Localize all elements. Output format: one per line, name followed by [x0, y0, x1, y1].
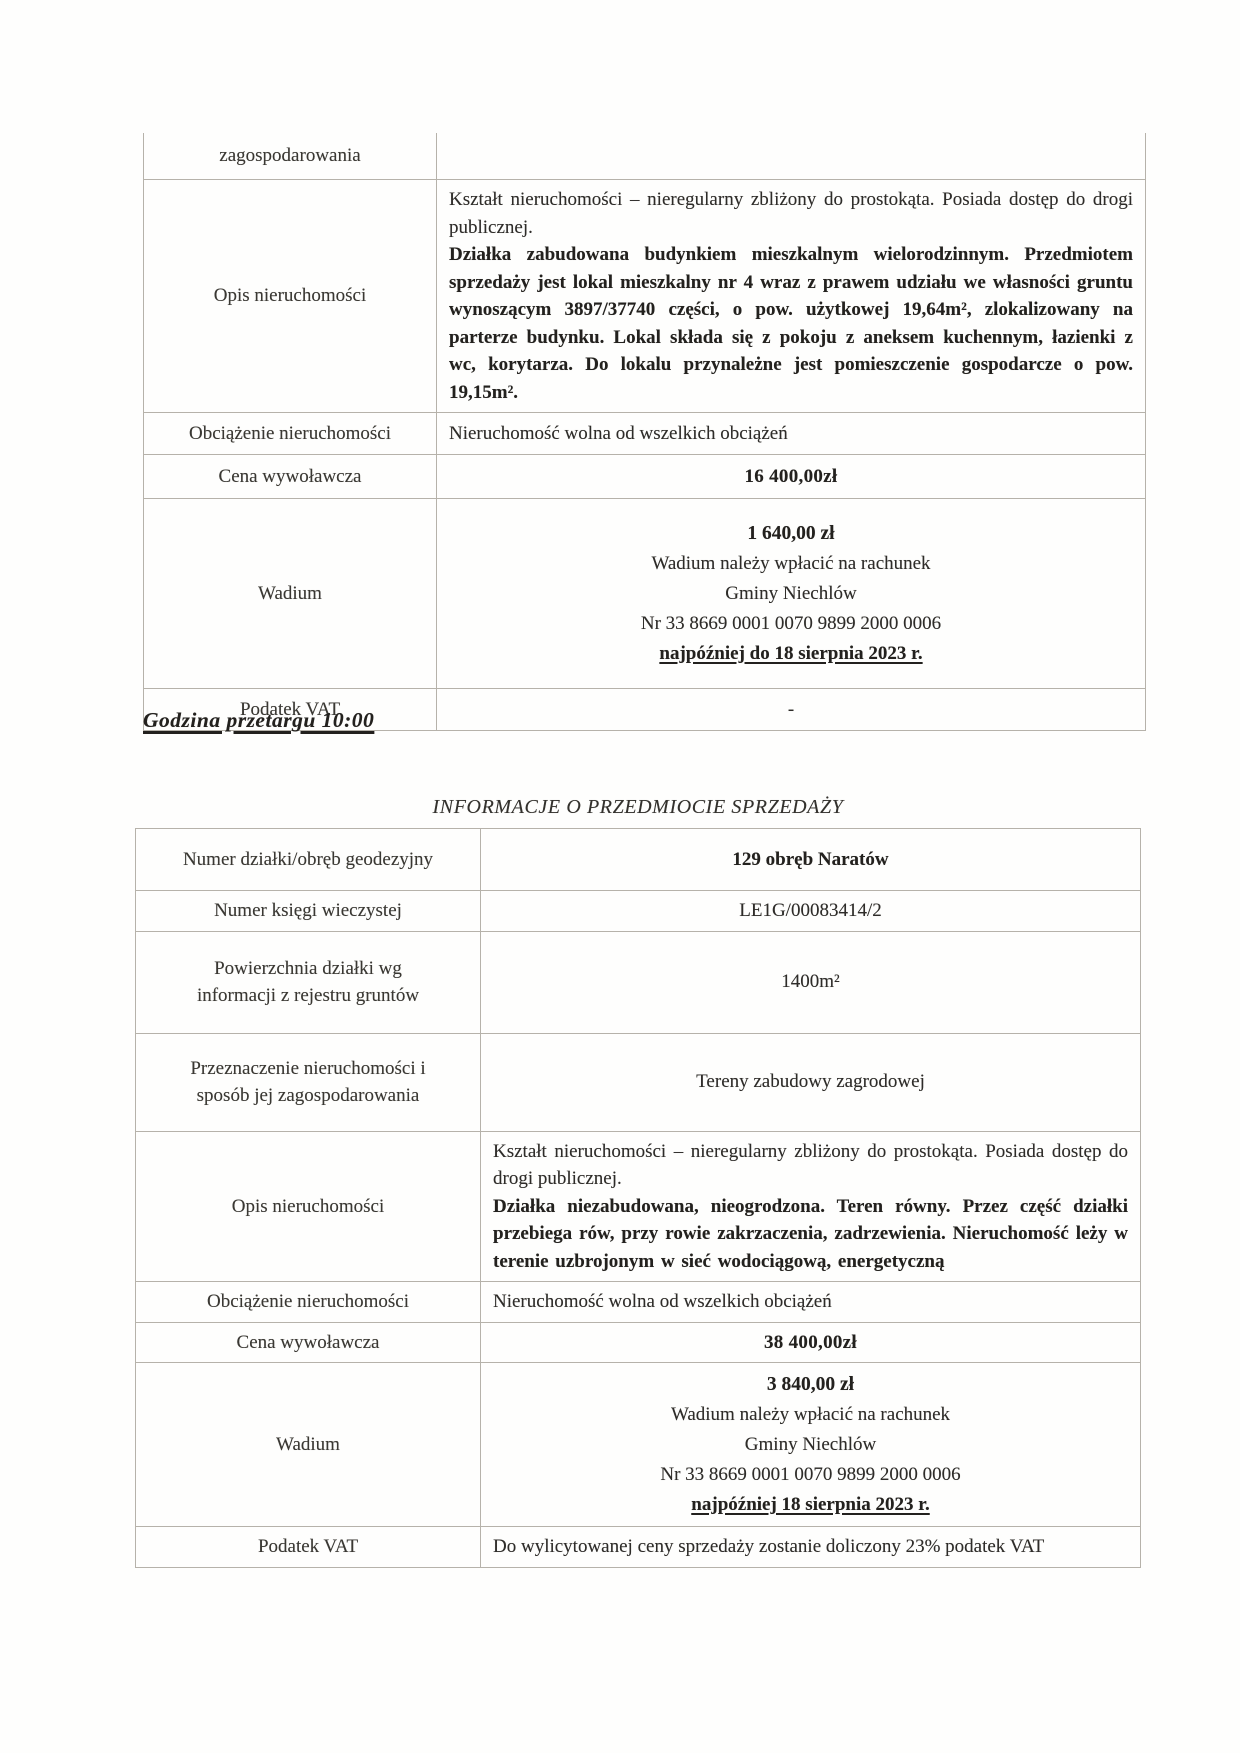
numer-dzialki-value: 129 obręb Naratów	[481, 829, 1141, 891]
table-row-obciazenie: Obciążenie nieruchomości Nieruchomość wo…	[136, 1282, 1141, 1323]
wadium-account-number: Nr 33 8669 0001 0070 9899 2000 0006	[449, 609, 1133, 639]
wadium-note: Wadium należy wpłacić na rachunek	[449, 549, 1133, 579]
powierzchnia-value: 1400m²	[481, 931, 1141, 1033]
vat-value: -	[437, 689, 1146, 731]
lot2-table: Numer działki/obręb geodezyjny 129 obręb…	[135, 828, 1141, 1568]
table-row-powierzchnia: Powierzchnia działki wg informacji z rej…	[136, 931, 1141, 1033]
obciazenie-label: Obciążenie nieruchomości	[136, 1282, 481, 1323]
wadium-recipient: Gminy Niechlów	[449, 579, 1133, 609]
wadium-deadline: najpóźniej do 18 sierpnia 2023 r.	[449, 639, 1133, 669]
obciazenie-value: Nieruchomość wolna od wszelkich obciążeń	[437, 413, 1146, 455]
ksiega-value: LE1G/00083414/2	[481, 891, 1141, 932]
ksiega-label: Numer księgi wieczystej	[136, 891, 481, 932]
powierzchnia-label: Powierzchnia działki wg informacji z rej…	[136, 931, 481, 1033]
table-row-cena: Cena wywoławcza 16 400,00zł	[144, 455, 1146, 499]
scanned-document-page: zagospodarowania Opis nieruchomości Kszt…	[0, 0, 1240, 1753]
table-row-numer-dzialki: Numer działki/obręb geodezyjny 129 obręb…	[136, 829, 1141, 891]
obciazenie-label: Obciążenie nieruchomości	[144, 413, 437, 455]
numer-dzialki-label: Numer działki/obręb geodezyjny	[136, 829, 481, 891]
przeznaczenie-value: Tereny zabudowy zagrodowej	[481, 1033, 1141, 1131]
wadium-value: 3 840,00 zł Wadium należy wpłacić na rac…	[481, 1363, 1141, 1527]
opis-paragraph-bold: Działka niezabudowana, nieogrodzona. Ter…	[493, 1193, 1128, 1276]
carryover-label: zagospodarowania	[144, 133, 437, 180]
wadium-amount: 1 640,00 zł	[449, 519, 1133, 549]
wadium-value: 1 640,00 zł Wadium należy wpłacić na rac…	[437, 499, 1146, 689]
table-row-opis: Opis nieruchomości Kształt nieruchomości…	[144, 180, 1146, 413]
table-row-carryover: zagospodarowania	[144, 133, 1146, 180]
opis-paragraph-bold: Działka zabudowana budynkiem mieszkalnym…	[449, 241, 1133, 406]
carryover-value-empty	[437, 133, 1146, 180]
opis-value: Kształt nieruchomości – nieregularny zbl…	[481, 1131, 1141, 1282]
table-row-wadium: Wadium 1 640,00 zł Wadium należy wpłacić…	[144, 499, 1146, 689]
table-row-ksiega: Numer księgi wieczystej LE1G/00083414/2	[136, 891, 1141, 932]
table-row-opis: Opis nieruchomości Kształt nieruchomości…	[136, 1131, 1141, 1282]
cena-label: Cena wywoławcza	[136, 1322, 481, 1363]
wadium-label: Wadium	[144, 499, 437, 689]
wadium-label: Wadium	[136, 1363, 481, 1527]
wadium-deadline: najpóźniej 18 sierpnia 2023 r.	[493, 1490, 1128, 1520]
vat-value: Do wylicytowanej ceny sprzedaży zostanie…	[481, 1527, 1141, 1568]
opis-label: Opis nieruchomości	[144, 180, 437, 413]
table-row-cena: Cena wywoławcza 38 400,00zł	[136, 1322, 1141, 1363]
wadium-amount: 3 840,00 zł	[493, 1370, 1128, 1400]
opis-value: Kształt nieruchomości – nieregularny zbl…	[437, 180, 1146, 413]
opis-label: Opis nieruchomości	[136, 1131, 481, 1282]
table-row-vat: Podatek VAT Do wylicytowanej ceny sprzed…	[136, 1527, 1141, 1568]
wadium-note: Wadium należy wpłacić na rachunek	[493, 1400, 1128, 1430]
przeznaczenie-label: Przeznaczenie nieruchomości i sposób jej…	[136, 1033, 481, 1131]
opis-paragraph-normal: Kształt nieruchomości – nieregularny zbl…	[493, 1138, 1128, 1193]
wadium-recipient: Gminy Niechlów	[493, 1430, 1128, 1460]
auction-time-note: Godzina przetargu 10:00	[143, 708, 374, 733]
table-row-wadium: Wadium 3 840,00 zł Wadium należy wpłacić…	[136, 1363, 1141, 1527]
table-row-obciazenie: Obciążenie nieruchomości Nieruchomość wo…	[144, 413, 1146, 455]
lot1-table: zagospodarowania Opis nieruchomości Kszt…	[143, 133, 1146, 731]
cena-value: 16 400,00zł	[437, 455, 1146, 499]
wadium-account-number: Nr 33 8669 0001 0070 9899 2000 0006	[493, 1460, 1128, 1490]
cena-value: 38 400,00zł	[481, 1322, 1141, 1363]
cena-label: Cena wywoławcza	[144, 455, 437, 499]
table-row-przeznaczenie: Przeznaczenie nieruchomości i sposób jej…	[136, 1033, 1141, 1131]
opis-paragraph-normal: Kształt nieruchomości – nieregularny zbl…	[449, 186, 1133, 241]
vat-label: Podatek VAT	[136, 1527, 481, 1568]
obciazenie-value: Nieruchomość wolna od wszelkich obciążeń	[481, 1282, 1141, 1323]
section-heading: INFORMACJE O PRZEDMIOCIE SPRZEDAŻY	[135, 796, 1141, 819]
